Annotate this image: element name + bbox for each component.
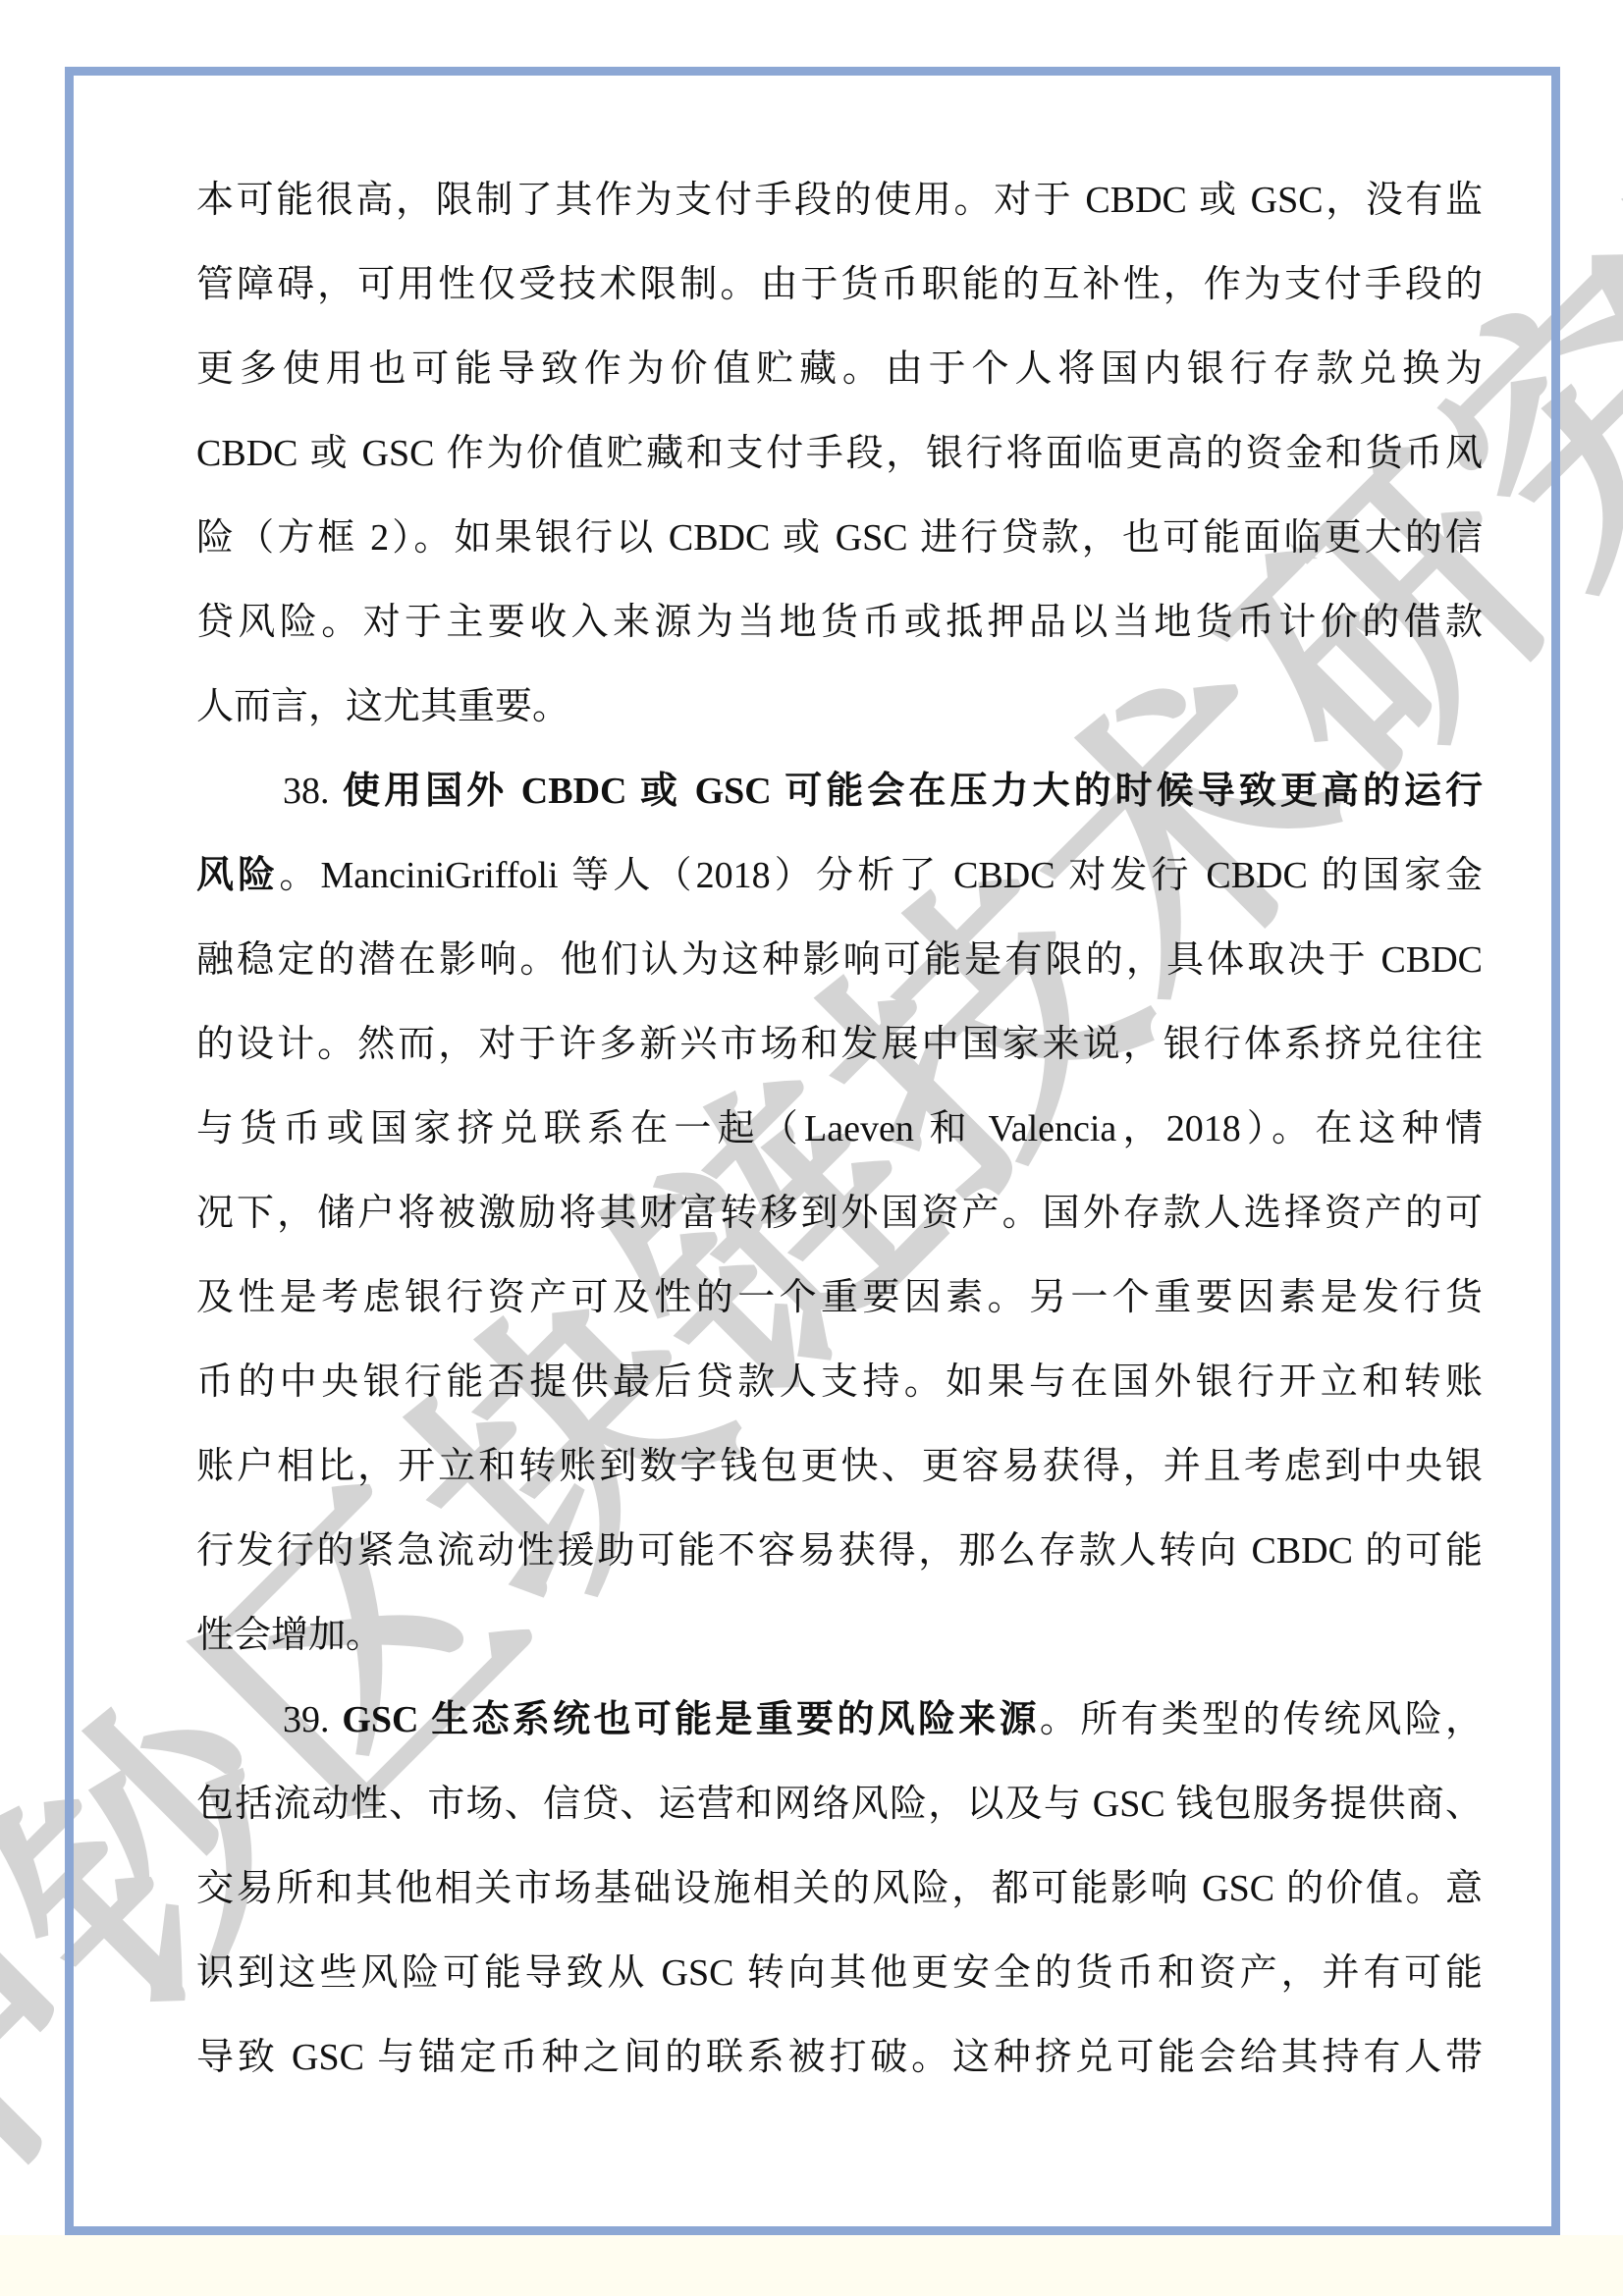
text-run: 性会增加。 [196,1615,383,1656]
bold-text-run: 使用国外 CBDC 或 GSC 可能会在压力大的时候导致更高的运行 [343,771,1483,812]
text-line: 融稳定的潜在影响。他们认为这种影响可能是有限的，具体取决于 CBDC [196,918,1483,1002]
text-line: 及性是考虑银行资产可及性的一个重要因素。另一个重要因素是发行货 [196,1255,1483,1340]
text-line: 账户相比，开立和转账到数字钱包更快、更容易获得，并且考虑到中央银 [196,1424,1483,1509]
text-line: CBDC 或 GSC 作为价值贮藏和支付手段，银行将面临更高的资金和货币风 [196,411,1483,496]
text-line: 险（方框 2）。如果银行以 CBDC 或 GSC 进行贷款，也可能面临更大的信 [196,496,1483,580]
text-run: 贷风险。对于主要收入来源为当地货币或抵押品以当地货币计价的借款 [196,602,1483,643]
text-run: 融稳定的潜在影响。他们认为这种影响可能是有限的，具体取决于 CBDC [196,939,1483,981]
text-line: 况下，储户将被激励将其财富转移到外国资产。国外存款人选择资产的可 [196,1171,1483,1255]
bold-text-run: 风险 [196,855,279,896]
text-run: 导致 GSC 与锚定币种之间的联系被打破。这种挤兑可能会给其持有人带 [196,2037,1483,2078]
text-run: 38. [283,771,343,812]
text-line: 包括流动性、市场、信贷、运营和网络风险，以及与 GSC 钱包服务提供商、 [196,1762,1483,1846]
text-line: 贷风险。对于主要收入来源为当地货币或抵押品以当地货币计价的借款 [196,580,1483,665]
text-run: 本可能很高，限制了其作为支付手段的使用。对于 CBDC 或 GSC，没有监 [196,180,1483,221]
bold-text-run: GSC 生态系统也可能是重要的风险来源 [342,1699,1040,1740]
text-run: 险（方框 2）。如果银行以 CBDC 或 GSC 进行贷款，也可能面临更大的信 [196,517,1483,559]
text-line: 本可能很高，限制了其作为支付手段的使用。对于 CBDC 或 GSC，没有监 [196,158,1483,242]
bottom-margin-band [0,2235,1623,2296]
text-run: 39. [283,1699,342,1740]
text-run: 币的中央银行能否提供最后贷款人支持。如果与在国外银行开立和转账 [196,1362,1483,1403]
text-run: 及性是考虑银行资产可及性的一个重要因素。另一个重要因素是发行货 [196,1277,1483,1318]
text-run: 交易所和其他相关市场基础设施相关的风险，都可能影响 GSC 的价值。意 [196,1868,1483,1909]
text-line: 导致 GSC 与锚定币种之间的联系被打破。这种挤兑可能会给其持有人带 [196,2015,1483,2100]
text-run: 况下，储户将被激励将其财富转移到外国资产。国外存款人选择资产的可 [196,1193,1483,1234]
text-run: 的设计。然而，对于许多新兴市场和发展中国家来说，银行体系挤兑往往 [196,1024,1483,1065]
paragraph-38: 38. 使用国外 CBDC 或 GSC 可能会在压力大的时候导致更高的运行风险。… [196,749,1483,1678]
text-run: 与货币或国家挤兑联系在一起（Laeven 和 Valencia，2018）。在这… [196,1108,1483,1149]
text-run: 人而言，这尤其重要。 [196,686,569,727]
text-line: 行发行的紧急流动性援助可能不容易获得，那么存款人转向 CBDC 的可能 [196,1509,1483,1593]
text-line: 39. GSC 生态系统也可能是重要的风险来源。所有类型的传统风险， [196,1678,1483,1762]
text-line: 交易所和其他相关市场基础设施相关的风险，都可能影响 GSC 的价值。意 [196,1846,1483,1931]
text-run: 行发行的紧急流动性援助可能不容易获得，那么存款人转向 CBDC 的可能 [196,1530,1483,1572]
text-run: CBDC 或 GSC 作为价值贮藏和支付手段，银行将面临更高的资金和货币风 [196,433,1483,474]
text-line: 性会增加。 [196,1593,1483,1678]
text-line: 风险。ManciniGriffoli 等人（2018）分析了 CBDC 对发行 … [196,833,1483,918]
document-text-block: 本可能很高，限制了其作为支付手段的使用。对于 CBDC 或 GSC，没有监管障碍… [196,158,1483,2100]
text-line: 识到这些风险可能导致从 GSC 转向其他更安全的货币和资产，并有可能 [196,1931,1483,2015]
paragraph-continuation: 本可能很高，限制了其作为支付手段的使用。对于 CBDC 或 GSC，没有监管障碍… [196,158,1483,749]
document-page: 中钞区块链技术研究院 本可能很高，限制了其作为支付手段的使用。对于 CBDC 或… [0,0,1623,2296]
text-line: 币的中央银行能否提供最后贷款人支持。如果与在国外银行开立和转账 [196,1340,1483,1424]
text-line: 人而言，这尤其重要。 [196,665,1483,749]
paragraph-39: 39. GSC 生态系统也可能是重要的风险来源。所有类型的传统风险，包括流动性、… [196,1678,1483,2100]
text-line: 的设计。然而，对于许多新兴市场和发展中国家来说，银行体系挤兑往往 [196,1002,1483,1087]
text-run: 。ManciniGriffoli 等人（2018）分析了 CBDC 对发行 CB… [279,855,1483,896]
text-run: 账户相比，开立和转账到数字钱包更快、更容易获得，并且考虑到中央银 [196,1446,1483,1487]
text-run: 管障碍，可用性仅受技术限制。由于货币职能的互补性，作为支付手段的 [196,264,1483,305]
text-run: 识到这些风险可能导致从 GSC 转向其他更安全的货币和资产，并有可能 [196,1952,1483,1994]
text-line: 管障碍，可用性仅受技术限制。由于货币职能的互补性，作为支付手段的 [196,242,1483,327]
text-line: 与货币或国家挤兑联系在一起（Laeven 和 Valencia，2018）。在这… [196,1087,1483,1171]
text-run: 包括流动性、市场、信贷、运营和网络风险，以及与 GSC 钱包服务提供商、 [196,1784,1483,1825]
text-line: 更多使用也可能导致作为价值贮藏。由于个人将国内银行存款兑换为 [196,327,1483,411]
text-run: 。所有类型的传统风险， [1040,1699,1483,1740]
text-line: 38. 使用国外 CBDC 或 GSC 可能会在压力大的时候导致更高的运行 [196,749,1483,833]
text-run: 更多使用也可能导致作为价值贮藏。由于个人将国内银行存款兑换为 [196,348,1483,390]
